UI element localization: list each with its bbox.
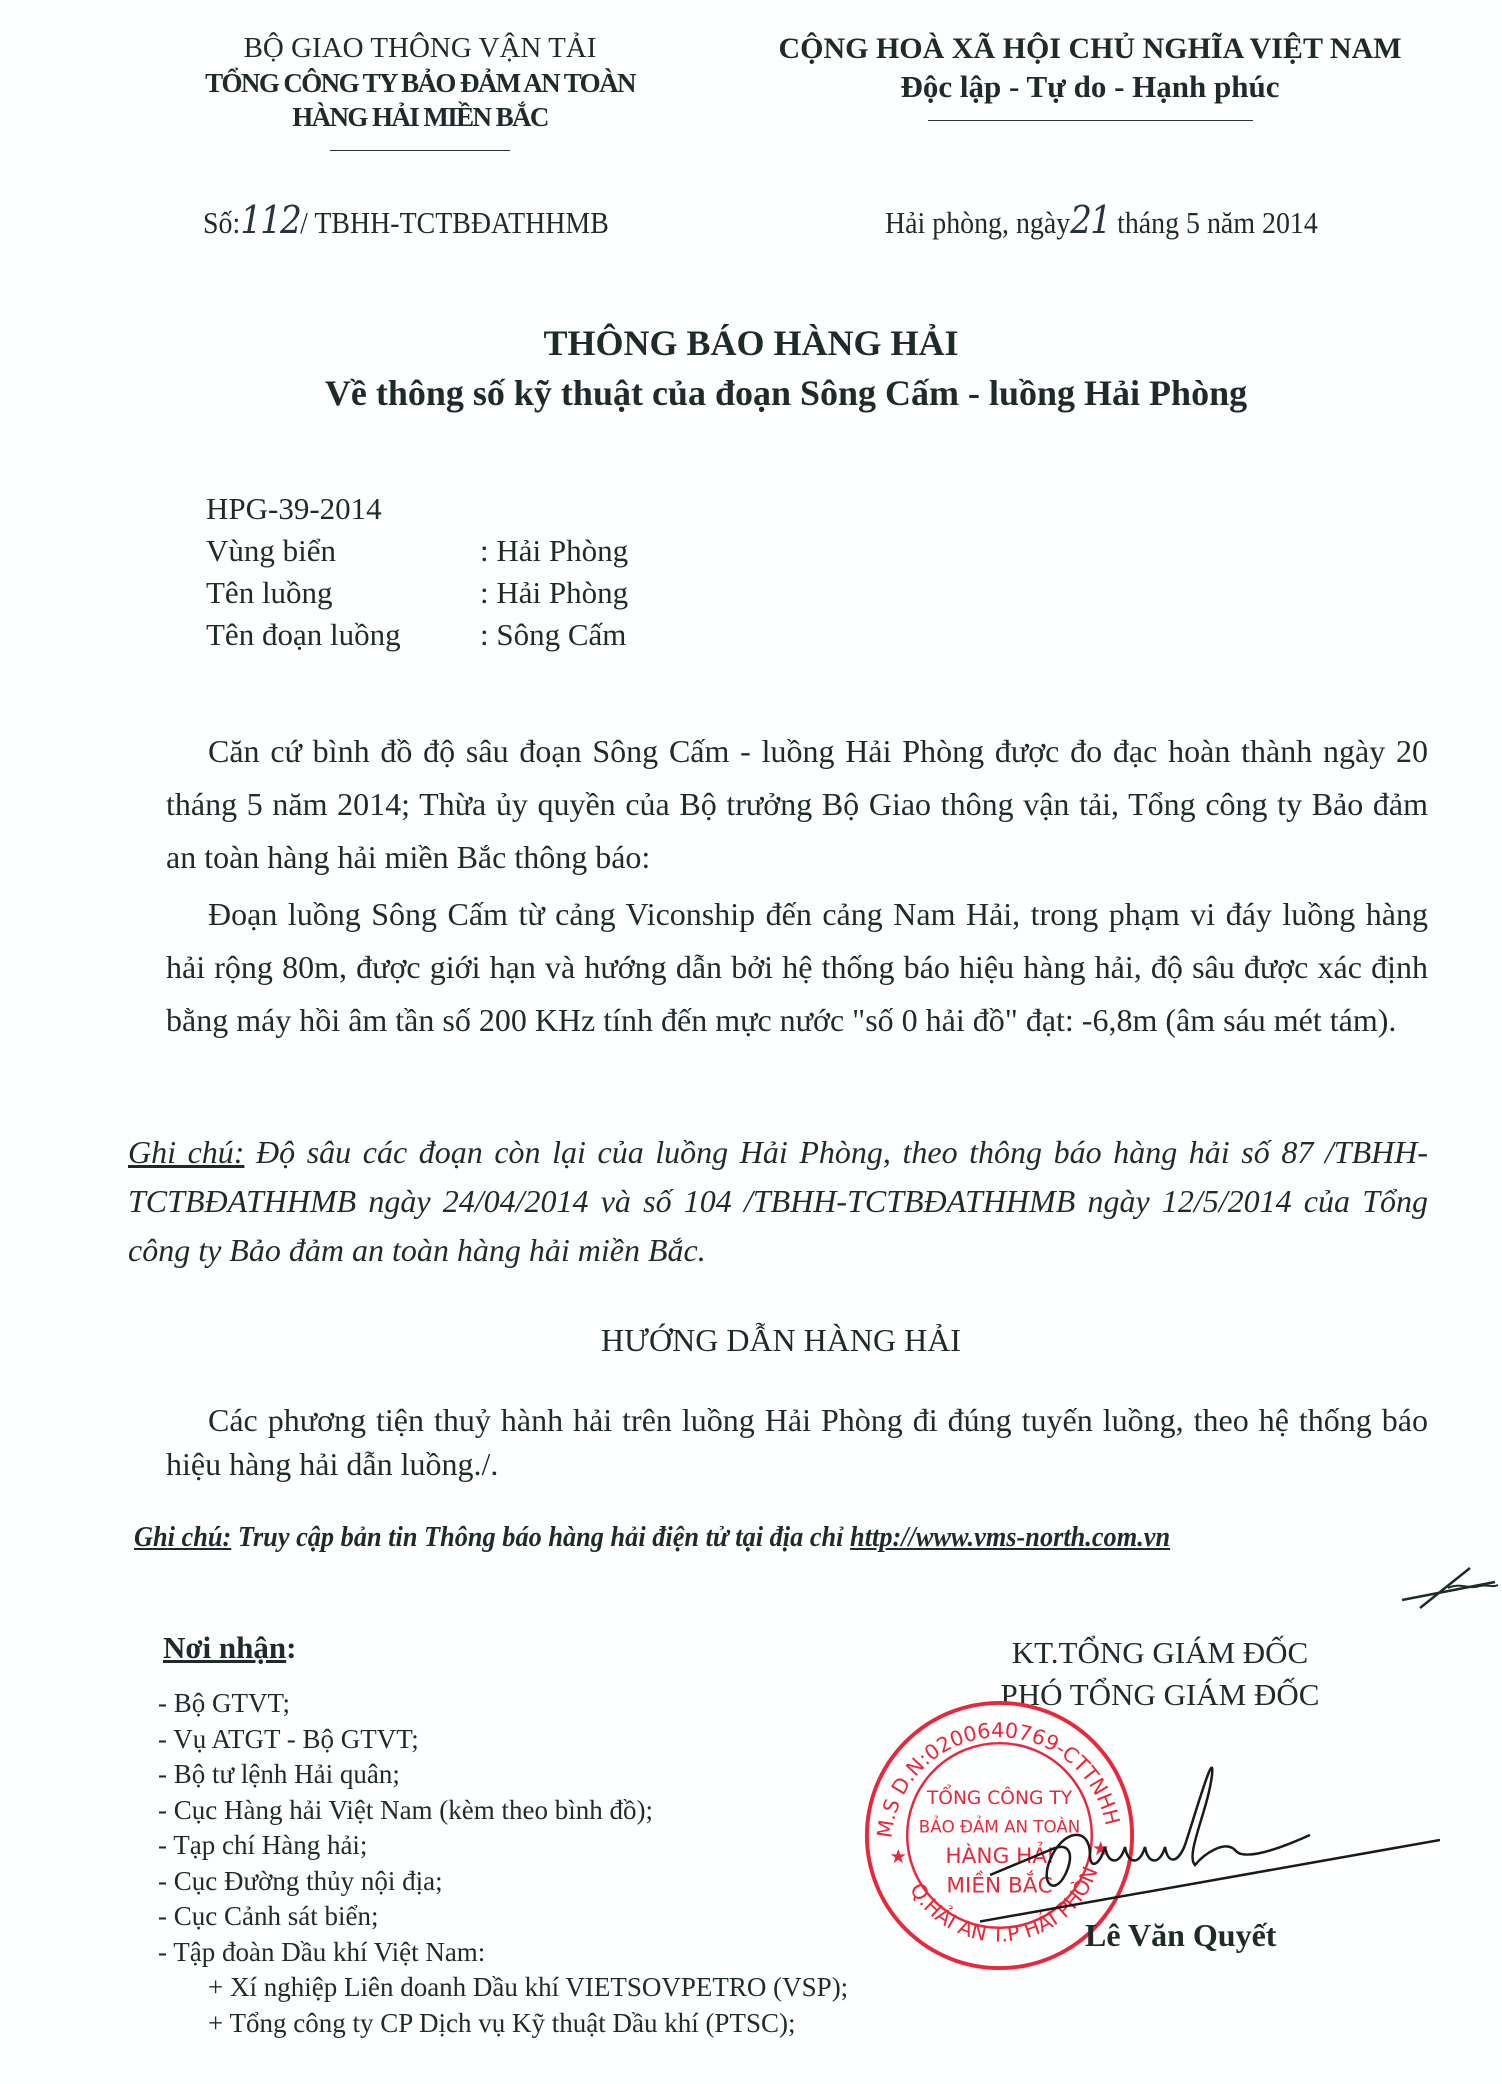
paragraph-text: Các phương tiện thuỷ hành hải trên luồng…: [166, 1402, 1428, 1482]
meta-row: Vùng biển : Hải Phòng: [206, 530, 628, 572]
note-text: Truy cập bản tin Thông báo hàng hải điện…: [231, 1522, 850, 1553]
recipient-item: - Vụ ATGT - Bộ GTVT;: [158, 1722, 848, 1758]
handwritten-day: 21: [1070, 198, 1110, 242]
recipient-item: - Tạp chí Hàng hải;: [158, 1828, 848, 1864]
header-divider: [330, 150, 510, 151]
document-number: Số:112/ TBHH-TCTBĐATHHMB: [203, 198, 609, 242]
meta-row: Tên đoạn luồng : Sông Cấm: [206, 614, 628, 656]
number-prefix: Số:: [203, 205, 240, 240]
recipient-item: - Cục Cảnh sát biển;: [158, 1899, 848, 1935]
notice-code: HPG-39-2014: [206, 488, 628, 530]
note-previous-notices: Ghi chú: Độ sâu các đoạn còn lại của luồ…: [128, 1128, 1428, 1275]
note-text: Độ sâu các đoạn còn lại của luồng Hải Ph…: [128, 1134, 1428, 1268]
date-month-year: tháng 5 năm 2014: [1110, 205, 1318, 240]
recipients-list: - Bộ GTVT; - Vụ ATGT - Bộ GTVT; - Bộ tư …: [158, 1686, 848, 2041]
recipient-item: - Bộ tư lệnh Hải quân;: [158, 1757, 848, 1793]
issuing-authority: BỘ GIAO THÔNG VẬN TẢI TỔNG CÔNG TY BẢO Đ…: [150, 30, 690, 151]
handwritten-signature: [980, 1735, 1440, 1935]
notice-metadata: HPG-39-2014 Vùng biển : Hải Phòng Tên lu…: [206, 488, 628, 656]
nation-name: CỘNG HOÀ XÃ HỘI CHỦ NGHĨA VIỆT NAM: [740, 30, 1440, 68]
date-place: Hải phòng, ngày: [885, 205, 1070, 240]
number-code: / TBHH-TCTBĐATHHMB: [300, 205, 609, 240]
recipient-item: - Bộ GTVT;: [158, 1686, 848, 1722]
meta-label: Vùng biển: [206, 530, 480, 572]
org-name-line1: TỔNG CÔNG TY BẢO ĐẢM AN TOÀN: [150, 66, 690, 100]
meta-label: Tên luồng: [206, 572, 480, 614]
guidance-heading: HƯỚNG DẪN HÀNG HẢI: [0, 1322, 1502, 1359]
meta-value: : Hải Phòng: [480, 530, 628, 572]
note-label: Ghi chú:: [128, 1134, 244, 1170]
body-paragraph-depth: Đoạn luồng Sông Cấm từ cảng Viconship đế…: [166, 888, 1428, 1047]
recipients-heading: Nơi nhận:: [163, 1630, 296, 1666]
meta-row: Tên luồng : Hải Phòng: [206, 572, 628, 614]
signer-authority: KT.TỔNG GIÁM ĐỐC: [930, 1632, 1390, 1674]
svg-text:★: ★: [890, 1846, 908, 1868]
document-date: Hải phòng, ngày21 tháng 5 năm 2014: [885, 198, 1318, 242]
motto-divider: [928, 120, 1253, 121]
recipient-item: - Cục Đường thủy nội địa;: [158, 1864, 848, 1900]
note-label: Ghi chú:: [134, 1522, 231, 1553]
body-paragraph-basis: Căn cứ bình đồ độ sâu đoạn Sông Cấm - lu…: [166, 725, 1428, 884]
signer-name: Lê Văn Quyết: [1085, 1917, 1276, 1954]
initials-mark: [1400, 1560, 1500, 1610]
meta-label: Tên đoạn luồng: [206, 614, 480, 656]
paragraph-text: Đoạn luồng Sông Cấm từ cảng Viconship đế…: [166, 896, 1428, 1038]
national-motto: Độc lập - Tự do - Hạnh phúc: [740, 68, 1440, 106]
guidance-paragraph: Các phương tiện thuỷ hành hải trên luồng…: [166, 1398, 1428, 1486]
handwritten-number: 112: [240, 198, 300, 242]
paragraph-text: Căn cứ bình đồ độ sâu đoạn Sông Cấm - lu…: [166, 733, 1428, 875]
ministry-name: BỘ GIAO THÔNG VẬN TẢI: [150, 30, 690, 66]
notice-subtitle: Về thông số kỹ thuật của đoạn Sông Cấm -…: [0, 372, 1502, 414]
recipient-item: - Cục Hàng hải Việt Nam (kèm theo bình đ…: [158, 1793, 848, 1829]
national-heading: CỘNG HOÀ XÃ HỘI CHỦ NGHĨA VIỆT NAM Độc l…: [740, 30, 1440, 121]
notice-title: THÔNG BÁO HÀNG HẢI: [0, 322, 1502, 364]
note-online-access: Ghi chú: Truy cập bản tin Thông báo hàng…: [134, 1522, 1170, 1554]
recipient-item: - Tập đoàn Dầu khí Việt Nam:: [158, 1935, 848, 1971]
meta-value: : Hải Phòng: [480, 572, 628, 614]
recipient-subitem: + Xí nghiệp Liên doanh Dầu khí VIETSOVPE…: [158, 1970, 848, 2006]
org-name-line2: HÀNG HẢI MIỀN BẮC: [150, 100, 690, 134]
website-link[interactable]: http://www.vms-north.com.vn: [850, 1522, 1170, 1553]
recipient-subitem: + Tổng công ty CP Dịch vụ Kỹ thuật Dầu k…: [158, 2006, 848, 2042]
meta-value: : Sông Cấm: [480, 614, 626, 656]
